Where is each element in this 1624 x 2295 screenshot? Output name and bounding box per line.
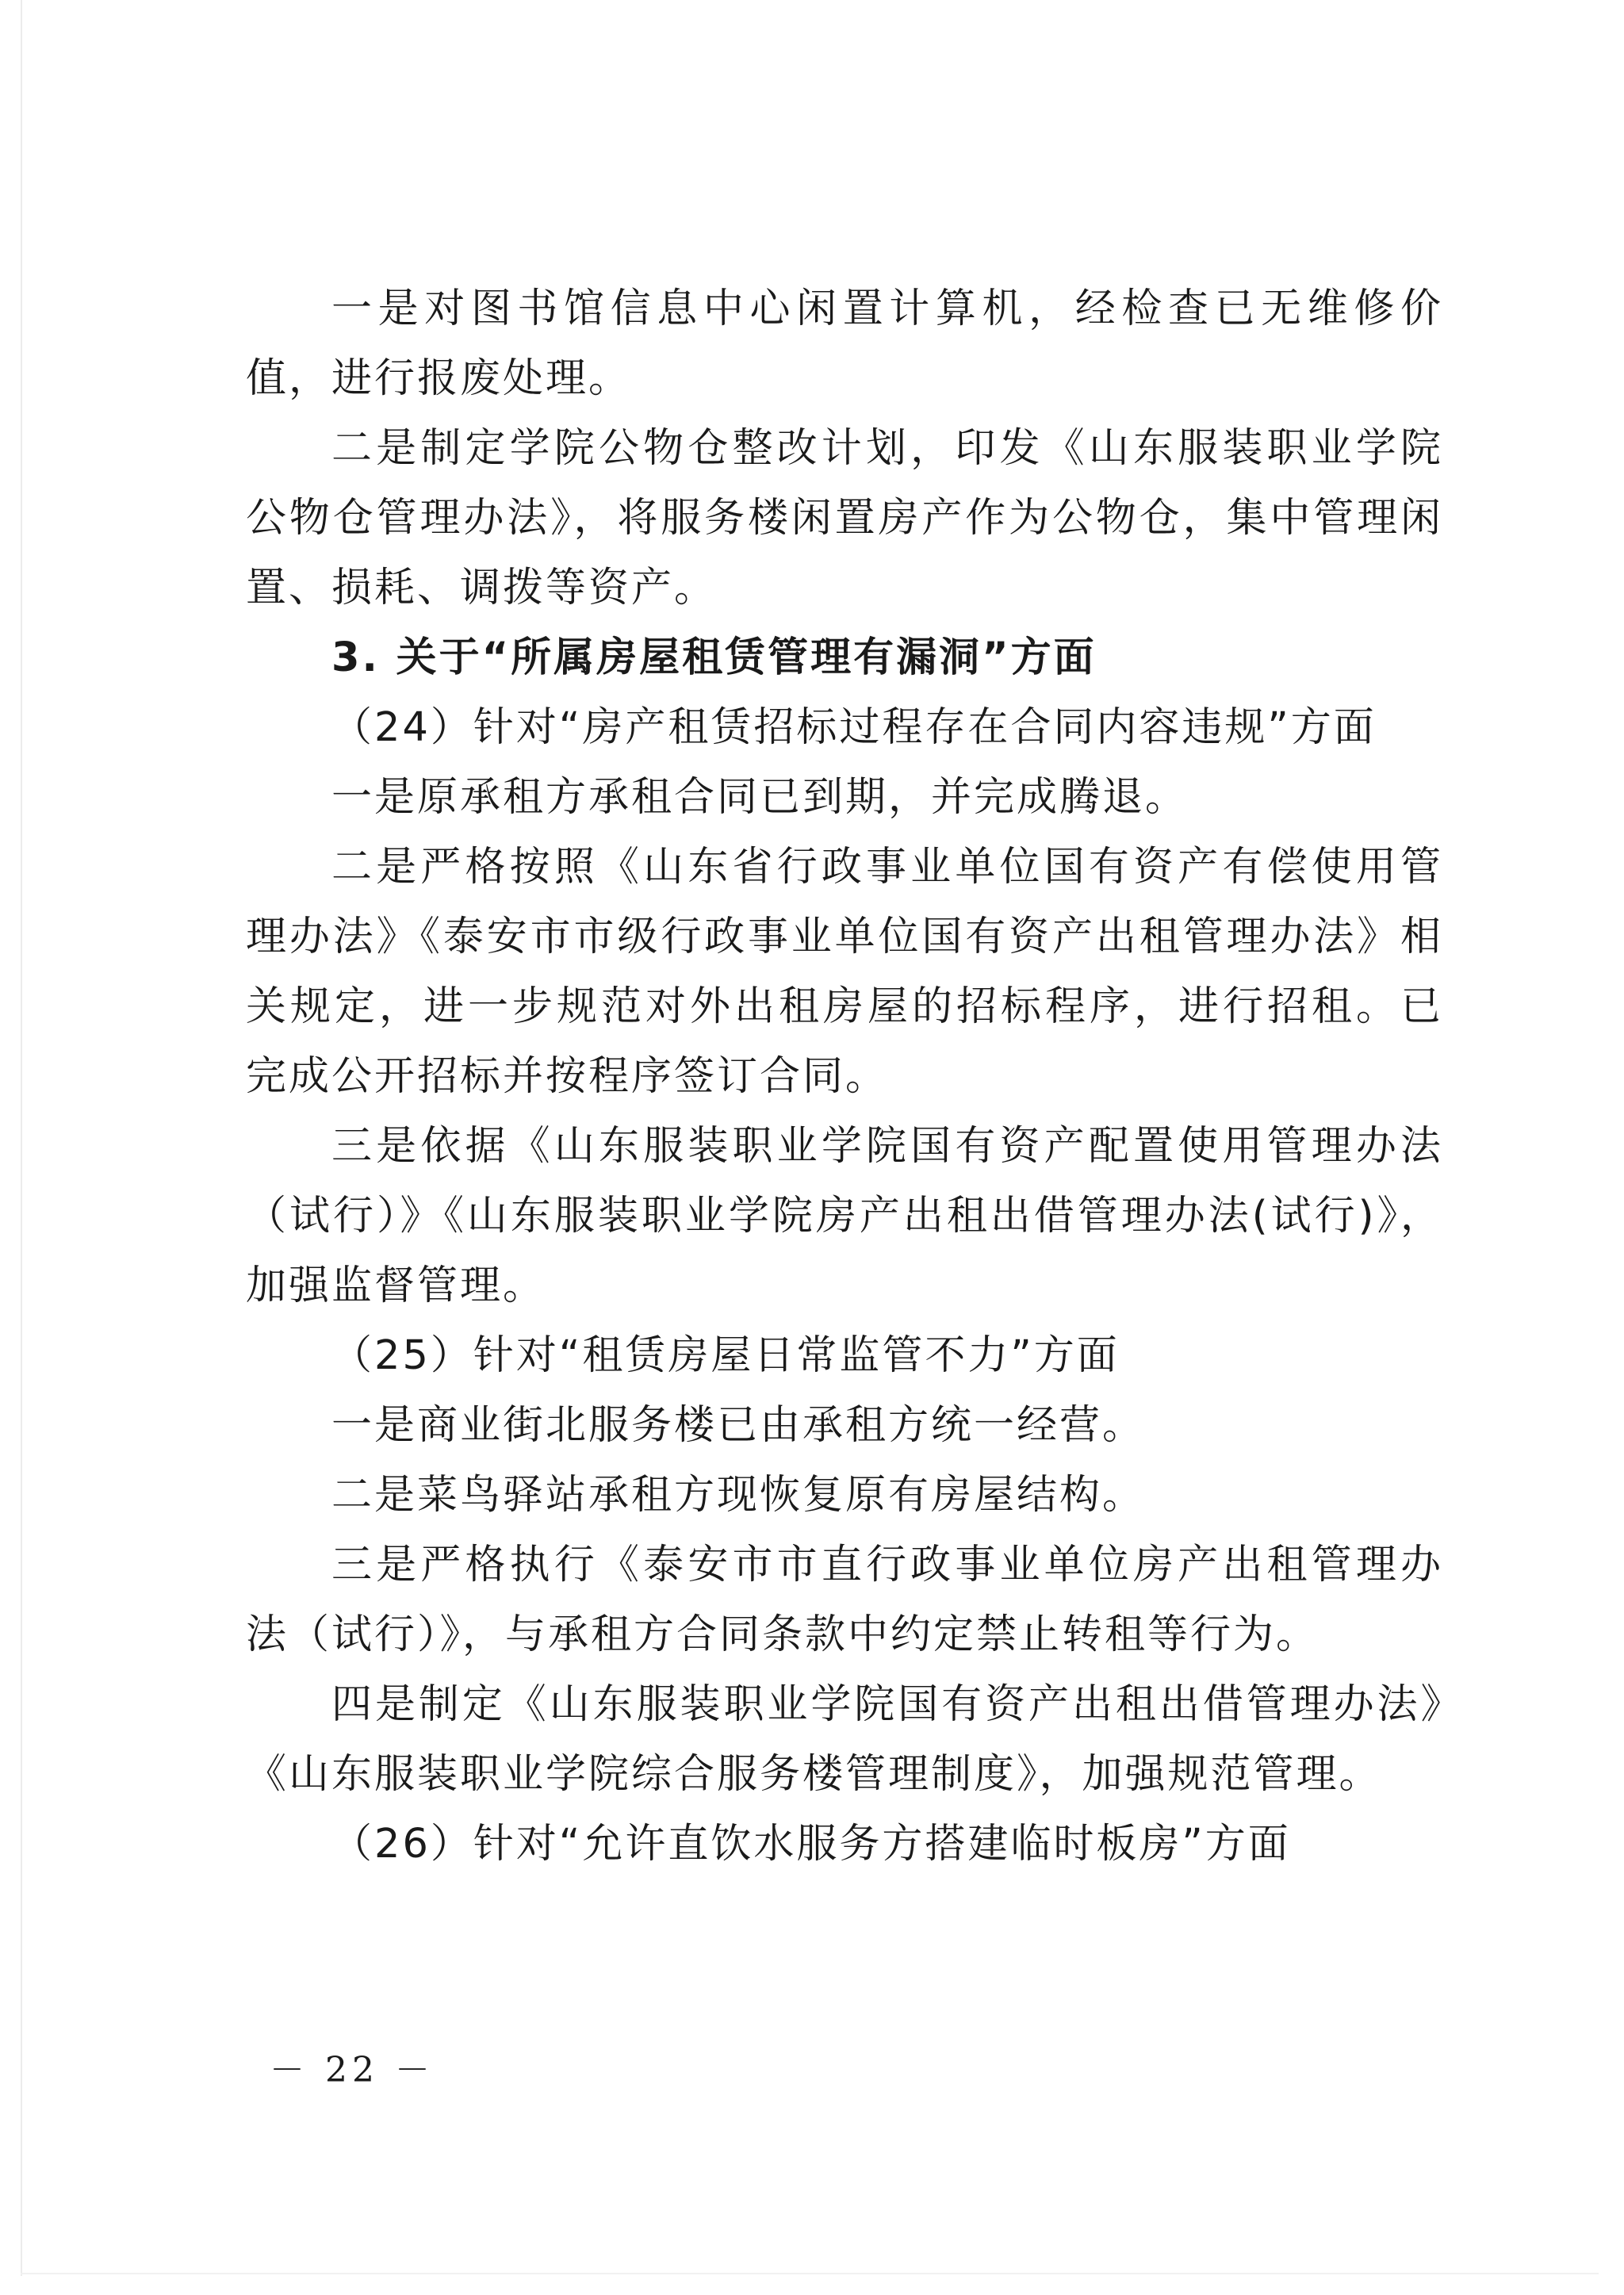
section-heading-rental-management: 3. 关于“所属房屋租赁管理有漏洞”方面: [246, 623, 1443, 693]
paragraph-25-service-building: 一是商业街北服务楼已由承租方统一经营。: [246, 1391, 1443, 1461]
item-heading-25: （25）针对“租赁房屋日常监管不力”方面: [246, 1321, 1443, 1391]
paragraph-24-supervision: 三是依据《山东服装职业学院国有资产配置使用管理办法（试行）》《山东服装职业学院房…: [246, 1112, 1443, 1321]
document-body: 一是对图书馆信息中心闲置计算机，经检查已无维修价值，进行报废处理。 二是制定学院…: [246, 274, 1443, 1879]
paragraph-24-contract-expired: 一是原承租方承租合同已到期，并完成腾退。: [246, 763, 1443, 833]
paragraph-public-warehouse: 二是制定学院公物仓整改计划，印发《山东服装职业学院公物仓管理办法》，将服务楼闲置…: [246, 414, 1443, 623]
scan-edge-left: [21, 0, 22, 2276]
page-number: － 22 －: [270, 2041, 435, 2092]
paragraph-scrap-computers: 一是对图书馆信息中心闲置计算机，经检查已无维修价值，进行报废处理。: [246, 274, 1443, 414]
paragraph-25-no-sublet: 三是严格执行《泰安市市直行政事业单位房产出租管理办法（试行）》，与承租方合同条款…: [246, 1531, 1443, 1670]
item-heading-26: （26）针对“允许直饮水服务方搭建临时板房”方面: [246, 1810, 1443, 1879]
paragraph-25-cainiao-station: 二是菜鸟驿站承租方现恢复原有房屋结构。: [246, 1461, 1443, 1531]
item-heading-24: （24）针对“房产租赁招标过程存在合同内容违规”方面: [246, 693, 1443, 763]
scan-edge-bottom: [21, 2273, 1599, 2274]
paragraph-24-tender-procedure: 二是严格按照《山东省行政事业单位国有资产有偿使用管理办法》《泰安市市级行政事业单…: [246, 833, 1443, 1112]
paragraph-25-regulations: 四是制定《山东服装职业学院国有资产出租出借管理办法》《山东服装职业学院综合服务楼…: [246, 1670, 1443, 1810]
